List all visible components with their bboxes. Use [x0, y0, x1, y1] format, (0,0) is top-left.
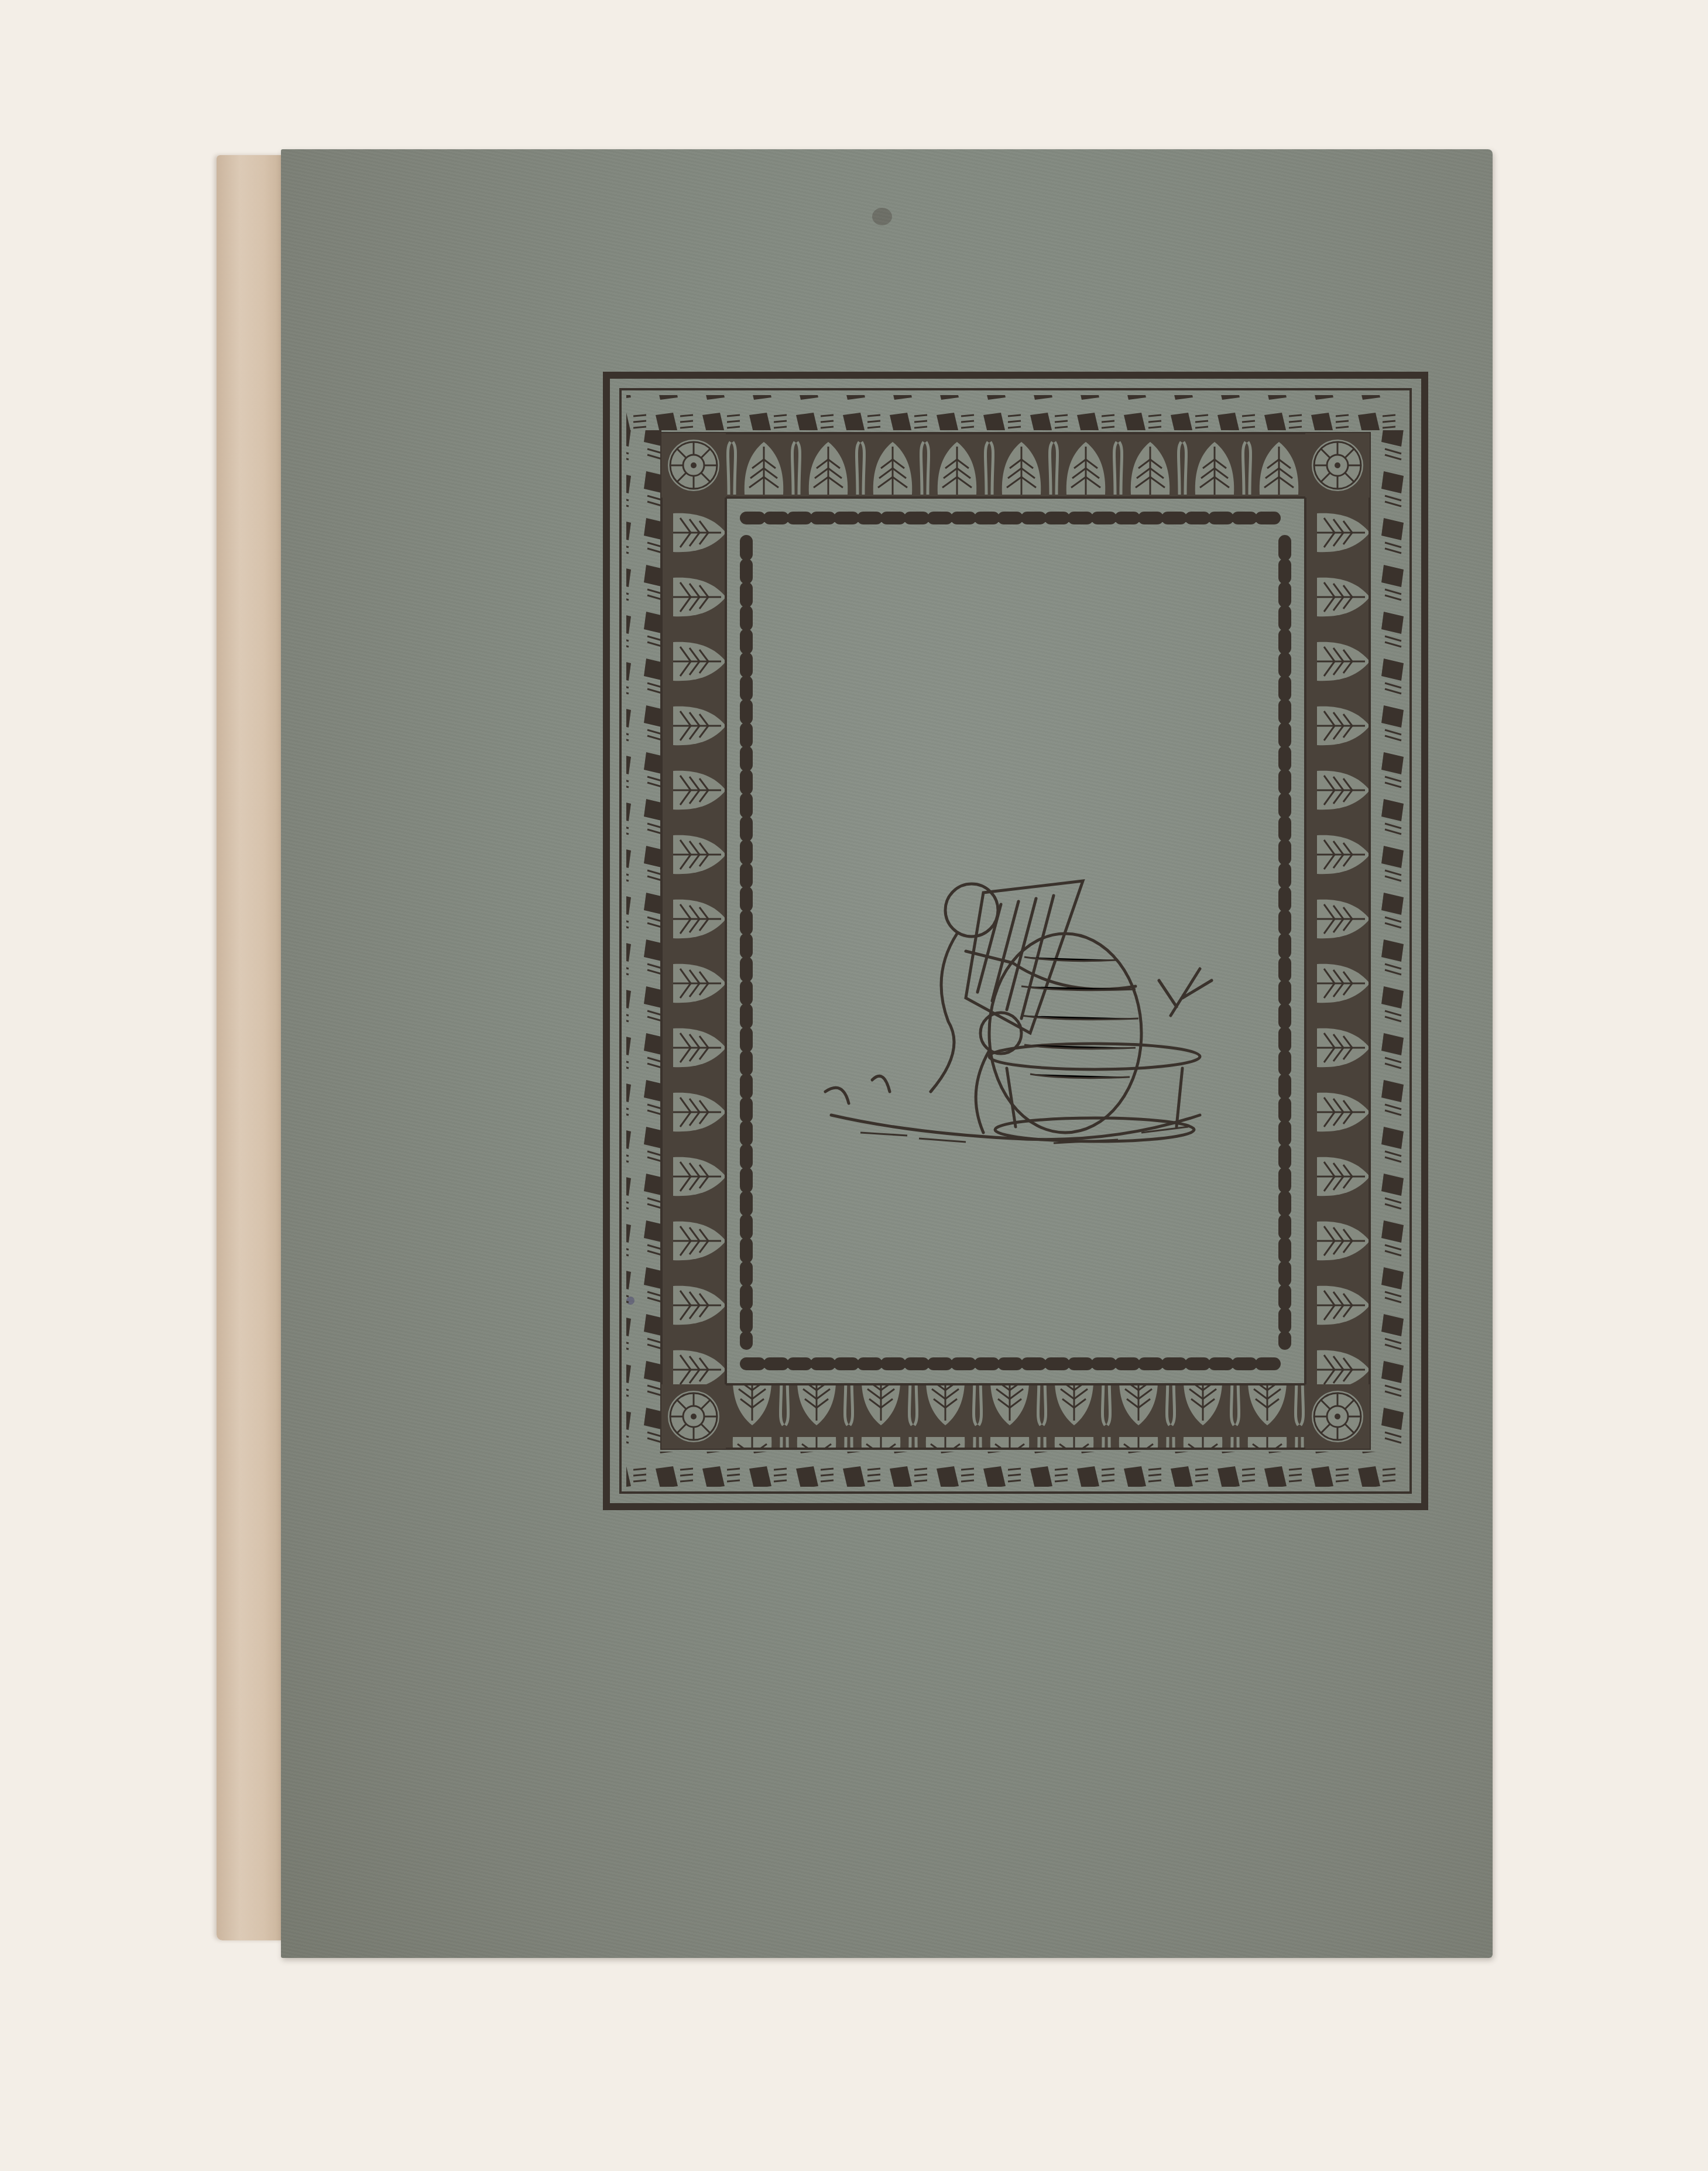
- stain-mark: [872, 208, 892, 225]
- book-spine: [217, 155, 284, 1940]
- putti-globe-vignette-icon: [790, 858, 1235, 1162]
- book: [217, 143, 1493, 1958]
